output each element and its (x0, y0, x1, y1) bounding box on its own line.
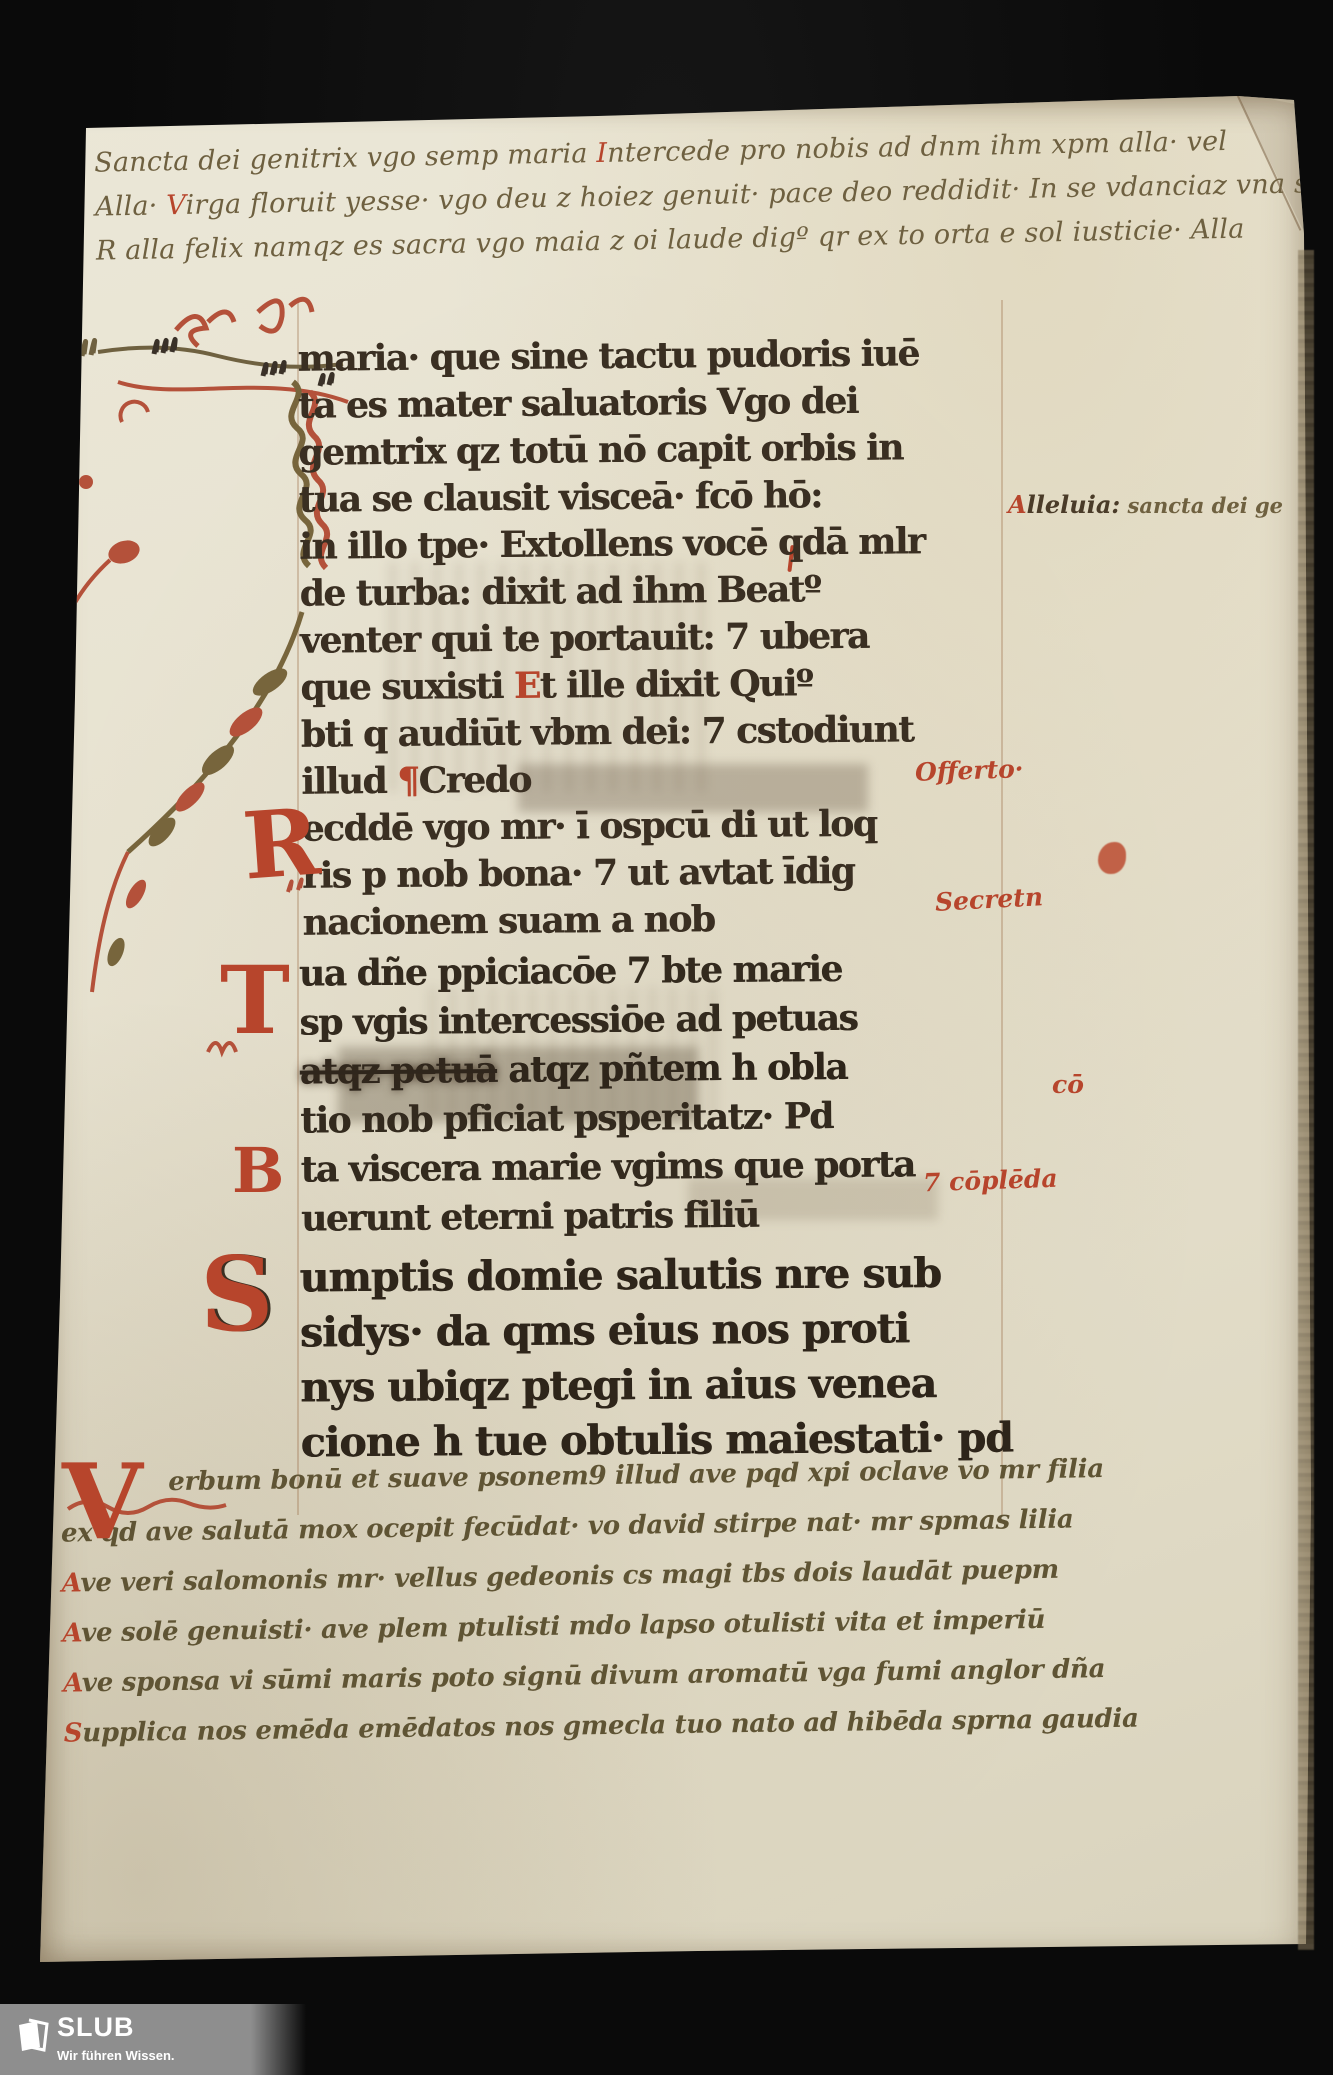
postcommunion-text-block: umptis domie salutis nre subsidys· da qm… (299, 1246, 1013, 1471)
text-seg: ve solē genuisti· ave plem ptulisti mdo … (81, 1605, 1045, 1648)
manuscript-page: Sancta dei genitrix vgo semp maria Inter… (38, 92, 1318, 1970)
text-seg: A (61, 1568, 80, 1598)
library-tagline: Wir führen Wissen. (57, 2048, 175, 2063)
text-seg: sidys· da qms eius nos proti (300, 1304, 909, 1356)
initial-recordare: R (240, 795, 323, 892)
text-seg: erbum bonū et suave psonem9 illud ave pq… (168, 1454, 1104, 1497)
text-seg: in illo tpe· Extollens vocē qdā mlr (299, 520, 925, 567)
text-seg: tua se clausit visceā· fcō hō: (299, 474, 822, 521)
top-marginalia-block: Sancta dei genitrix vgo semp maria Inter… (94, 118, 1311, 273)
text-line: de turba: dixit ad ihm Beatº (299, 565, 925, 617)
text-seg: nacionem suam a nob (302, 898, 714, 944)
text-seg: A (62, 1618, 81, 1648)
rubric-complenda: 7 cōplēda (923, 1164, 1058, 1198)
text-line: maria· que sine tactu pudoris iuē (297, 330, 923, 382)
text-line: nacionem suam a nob (302, 894, 928, 946)
text-seg: atqz pñtem h obla (497, 1046, 847, 1091)
initial-beata: B (232, 1140, 284, 1202)
text-line: umptis domie salutis nre sub (299, 1246, 1011, 1306)
text-line: sidys· da qms eius nos proti (300, 1301, 1012, 1361)
secreta-text-block: ua dñe ppiciacōe 7 bte mariesp vgis inte… (299, 944, 916, 1243)
text-seg: t ille dixit Quiº (540, 662, 813, 706)
text-seg: ve sponsa vi sūmi maris poto signū divum… (82, 1654, 1106, 1698)
text-line: illud ¶Credo (301, 753, 927, 805)
text-seg: A (63, 1668, 82, 1698)
text-line: atqz petuā atqz pñtem h obla (300, 1042, 914, 1096)
text-line: sp vgis intercessiōe ad petuas (299, 993, 913, 1047)
sequence-text-block: erbum bonū et suave psonem9 illud ave pq… (60, 1445, 1014, 1758)
rubric-offertorium: Offerto· (915, 754, 1024, 787)
text-seg: upplica nos emēda emēdatos nos gmecla tu… (82, 1704, 1139, 1749)
initial-tua: T (220, 954, 290, 1048)
text-line: que suxisti Et ille dixit Quiº (300, 659, 926, 711)
manuscript-photo: Sancta dei genitrix vgo semp maria Inter… (0, 0, 1333, 2075)
text-line: tua se clausit visceā· fcō hō: (299, 471, 925, 523)
text-seg: ua dñe ppiciacōe 7 bte marie (299, 948, 842, 995)
text-seg: Sancta dei genitrix vgo semp maria (94, 138, 597, 179)
margin-note-alleluia: Alleluia: sancta dei ge (1008, 490, 1283, 519)
text-seg: uerunt eterni patris filiū (301, 1194, 759, 1240)
main-text-block: maria· que sine tactu pudoris iuēta es m… (297, 330, 928, 946)
initial-verbum: V (62, 1450, 143, 1554)
text-seg: umptis domie salutis nre sub (299, 1249, 941, 1301)
text-seg: ntercede pro nobis ad dnm ihm xpm alla· … (607, 126, 1227, 169)
rubric-communio: cō (1052, 1070, 1084, 1099)
text-seg: ex qd ave salutā mox ocepit fecūdat· vo … (61, 1505, 1074, 1549)
text-seg: de turba: dixit ad ihm Beatº (299, 568, 820, 615)
text-seg: venter qui te portauit: 7 ubera (300, 615, 869, 662)
text-line: in illo tpe· Extollens vocē qdā mlr (299, 518, 925, 570)
initial-sumptis: S (200, 1244, 274, 1346)
text-seg: V (166, 190, 186, 221)
text-line: uerunt eterni patris filiū (301, 1189, 915, 1243)
text-seg: S (64, 1718, 83, 1748)
text-seg: tio nob pficiat psperitatz· Pd (300, 1095, 833, 1142)
text-seg: I (596, 138, 607, 169)
library-watermark: SLUB Wir führen Wissen. (0, 2004, 306, 2075)
text-line: ris p nob bona· 7 ut avtat īdig (302, 847, 928, 899)
library-name: SLUB (57, 2012, 135, 2043)
text-seg: ecddē vgo mr· ī ospcū di ut loq (301, 803, 876, 850)
text-seg: sp vgis intercessiōe ad petuas (299, 997, 857, 1044)
margin-note-initial: A (1008, 490, 1027, 519)
text-line: ta viscera marie vgims que porta (300, 1140, 914, 1194)
text-seg: nys ubiqz ptegi in aius venea (300, 1359, 936, 1411)
book-fore-edge (1298, 250, 1314, 1950)
text-line: ecddē vgo mr· ī ospcū di ut loq (301, 800, 927, 852)
red-ink-blot (1098, 842, 1126, 874)
text-seg: ¶ (397, 760, 419, 802)
text-seg: ve veri salomonis mr· vellus gedeonis cs… (80, 1555, 1059, 1599)
rubric-secreta: Secretn (934, 882, 1043, 917)
text-line: ua dñe ppiciacōe 7 bte marie (299, 944, 913, 998)
text-line: nys ubiqz ptegi in aius venea (300, 1356, 1012, 1416)
text-seg: que suxisti (300, 665, 514, 709)
text-seg: ta viscera marie vgims que porta (300, 1143, 914, 1190)
text-seg: bti q audiūt vbm dei: 7 cstodiunt (301, 708, 914, 755)
text-seg: atqz petuā (300, 1049, 498, 1093)
text-line: venter qui te portauit: 7 ubera (300, 612, 926, 664)
text-seg: gemtrix qz totū nō capit orbis in (298, 426, 903, 473)
text-line: gemtrix qz totū nō capit orbis in (298, 424, 924, 476)
text-line: tio nob pficiat psperitatz· Pd (300, 1091, 914, 1145)
text-line: ta es mater saluatoris Vgo dei (298, 377, 924, 429)
text-seg: ris p nob bona· 7 ut avtat īdig (302, 850, 855, 897)
text-seg: Credo (418, 759, 531, 802)
text-seg: maria· que sine tactu pudoris iuē (297, 332, 919, 379)
text-seg: ta es mater saluatoris Vgo dei (298, 380, 858, 427)
margin-note-word: lleluia: (1027, 490, 1121, 519)
margin-note-tail: sancta dei ge (1120, 493, 1283, 518)
text-seg: Alla· (95, 190, 167, 222)
text-seg: E (514, 665, 540, 707)
text-line: bti q audiūt vbm dei: 7 cstodiunt (301, 706, 927, 758)
book-icon (16, 2016, 52, 2056)
